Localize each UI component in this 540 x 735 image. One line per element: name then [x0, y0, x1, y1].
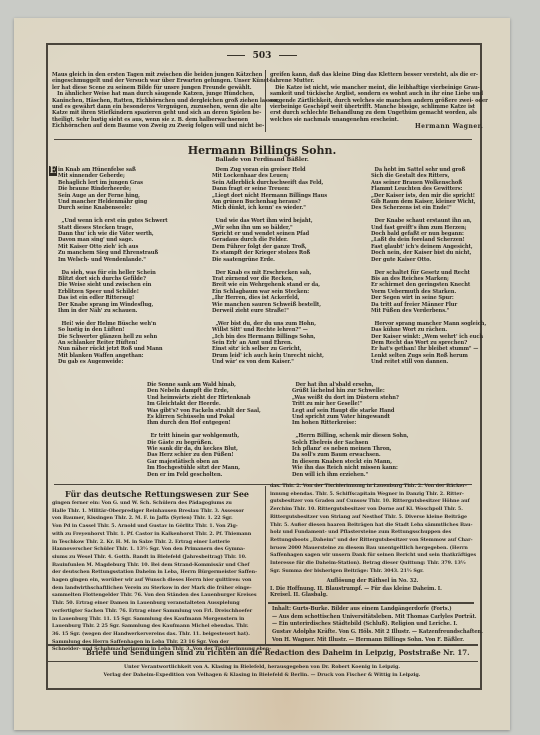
ballad-column-3: Da hebt im Sattel sehr und groß Sich die…	[371, 167, 486, 366]
top-article-right: greifen kann, daß das kleine Ding das Kl…	[270, 72, 488, 123]
page-number: 503	[46, 51, 478, 61]
ballad-column-3b: Der hat ihn al'sbald ersehn, Grüßt läche…	[292, 382, 408, 478]
footer-divider	[48, 644, 478, 646]
rescue-left-column: gingen ferner ein: Von G. und W. Sch. Sc…	[52, 500, 271, 654]
drop-cap: E	[49, 166, 57, 176]
ballad-title: Hermann Billings Sohn.	[46, 144, 478, 157]
top-article-author: Hermann Wagner.	[415, 123, 483, 130]
rescue-right-column: das. Thlr. 2. Von der Tischlerinnung in …	[270, 483, 476, 575]
section-divider	[54, 139, 472, 140]
riddle-answers: I. Die Hoffnung. II. Blaustrumpf. — Für …	[270, 586, 442, 599]
rescue-title: Für das deutsche Rettungswesen zur See	[52, 489, 262, 499]
riddle-title: Auflösung der Räthsel in No. 32.	[270, 578, 475, 584]
ballad-subtitle: Ballade von Ferdinand Bäßler.	[46, 157, 478, 163]
imprint-line-2: Verlag der Daheim-Expedition von Velhage…	[46, 671, 478, 679]
top-article-left: Maus gleich in den ersten Tagen mit zwis…	[52, 72, 279, 130]
section-divider	[268, 602, 474, 604]
imprint: Unter Verantwortlichkeit von A. Klasing …	[46, 663, 478, 679]
ballad-column-2: Dem Zug voran ein greiser Held Mit Locke…	[212, 167, 327, 366]
imprint-line-1: Unter Verantwortlichkeit von A. Klasing …	[46, 663, 478, 671]
contents-list: Inhalt: Gurts-Burke. Bilder aus einem La…	[272, 606, 483, 645]
column-divider	[265, 486, 266, 646]
column-divider	[265, 70, 266, 132]
ballad-column-2b: Die Sonne sank am Wald hinab, Den Nebeln…	[147, 382, 261, 478]
footer-divider	[48, 661, 478, 662]
editorial-notice: Briefe und Sendungen sind zu richten an …	[86, 648, 470, 657]
ballad-column-1: in Knab am Hünenfelse saß Mit sinnender …	[58, 167, 168, 366]
